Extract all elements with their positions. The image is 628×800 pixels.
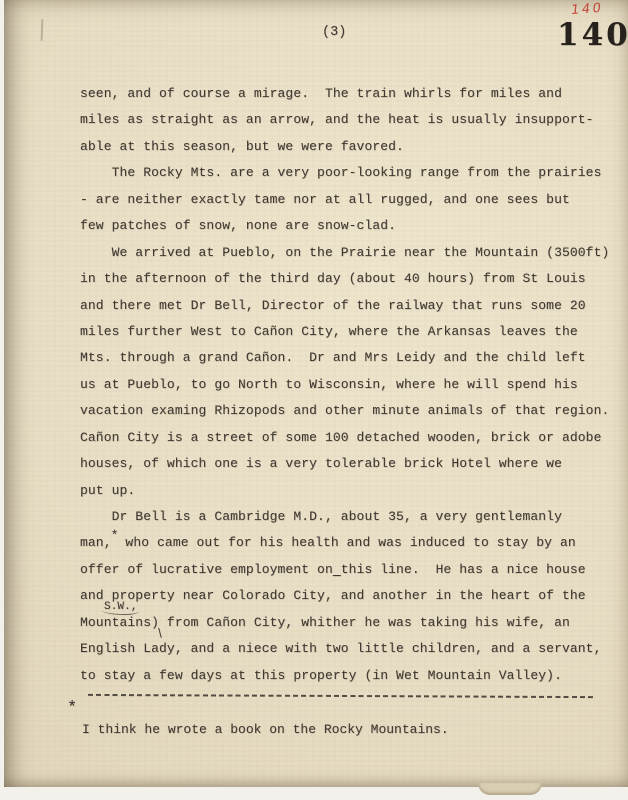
text-line: Dr Bell is a Cambridge M.D., about 35, a… [80,504,609,530]
footnote-separator [88,694,594,699]
text-line: and property near Colorado City, and ano… [80,583,609,609]
text-line: seen, and of course a mirage. The train … [80,81,609,107]
underscore-mark [333,562,341,577]
scanned-page: 140 140 (3) seen, and of course a mirage… [0,0,628,800]
footnote-text: I think he wrote a book on the Rocky Mou… [82,722,449,737]
footnote-marker: * [67,699,77,718]
text-line: miles further West to Cañon City, where … [80,319,609,345]
text-line: offer of lucrative employment on this li… [80,557,609,583]
paper-sheet: 140 140 (3) seen, and of course a mirage… [4,0,628,787]
stamped-folio-number: 140 [557,17,628,53]
text-line: vacation examing Rhizopods and other min… [80,398,609,424]
paper-edge-bump [478,783,542,795]
text-line: and there met Dr Bell, Director of the r… [80,293,609,319]
text-line: put up. [80,478,609,504]
interlinear-insertion: S.W., [102,601,139,615]
document-body: seen, and of course a mirage. The train … [80,81,609,689]
text-line: in the afternoon of the third day (about… [80,266,609,292]
text-line: houses, of which one is a very tolerable… [80,451,609,477]
footnote-reference-asterisk: * [111,528,119,543]
text-line: man,* who came out for his health and wa… [80,530,609,556]
text-line: able at this season, but we were favored… [80,134,609,160]
text-line: Cañon City is a street of some 100 detac… [80,425,609,451]
handwritten-folio-number: 140 [570,1,604,18]
text-line: Mountains)S.W.,\ from Cañon City, whithe… [80,610,609,636]
text-line: to stay a few days at this property (in … [80,663,609,689]
pencil-mark [41,19,44,41]
text-line: We arrived at Pueblo, on the Prairie nea… [80,240,609,266]
text-line: us at Pueblo, to go North to Wisconsin, … [80,372,609,398]
text-line: miles as straight as an arrow, and the h… [80,107,609,133]
text-line: Mts. through a grand Cañon. Dr and Mrs L… [80,345,609,371]
typed-page-number: (3) [322,25,346,40]
text-line: The Rocky Mts. are a very poor-looking r… [80,160,609,186]
text-line: few patches of snow, none are snow-clad. [80,213,609,239]
text-line: - are neither exactly tame nor at all ru… [80,187,609,213]
